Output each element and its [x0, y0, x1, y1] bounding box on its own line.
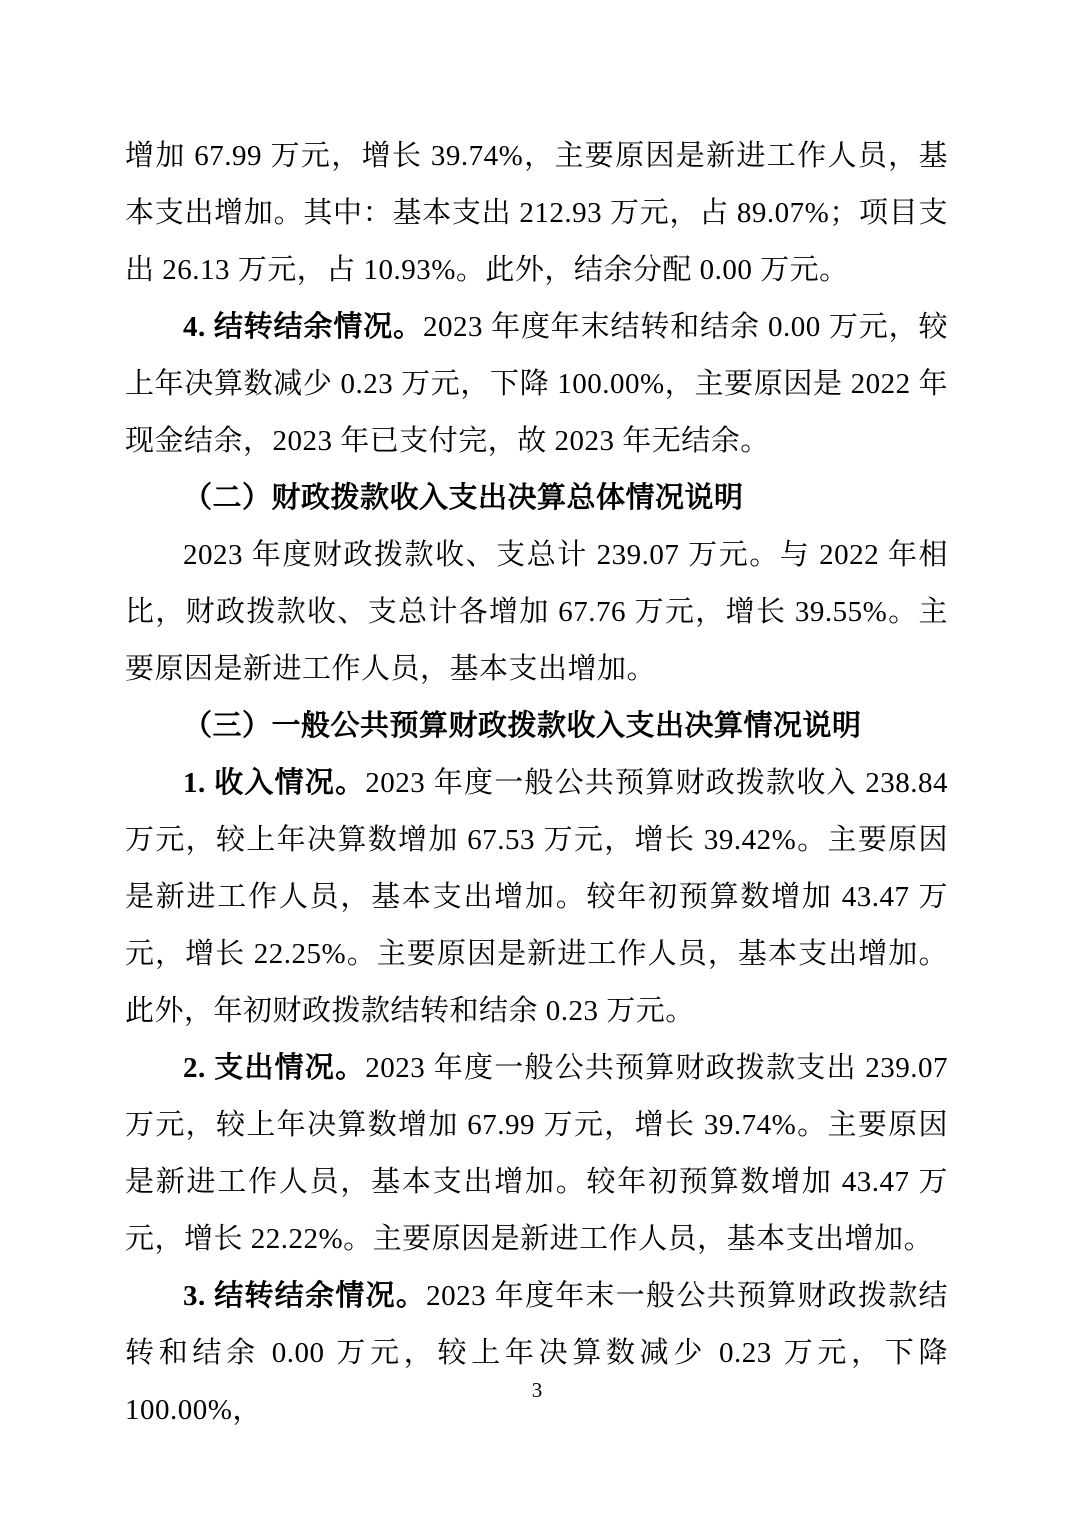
item-label: 4. 结转结余情况。 — [183, 311, 423, 343]
page-number: 3 — [532, 1378, 543, 1402]
paragraph-body: 2023 年度财政拨款收、支总计 239.07 万元。与 2022 年相比，财政… — [125, 527, 948, 698]
section-heading-2: （二）财政拨款收入支出决算总体情况说明 — [125, 470, 948, 527]
paragraph-item-2: 2. 支出情况。2023 年度一般公共预算财政拨款支出 239.07 万元，较上… — [125, 1040, 948, 1268]
paragraph-item-3: 3. 结转结余情况。2023 年度年末一般公共预算财政拨款结转和结余 0.00 … — [125, 1268, 948, 1439]
item-label: 1. 收入情况。 — [183, 767, 365, 799]
paragraph-text: 2023 年度财政拨款收、支总计 239.07 万元。与 2022 年相比，财政… — [125, 539, 948, 685]
paragraph-continuation: 增加 67.99 万元，增长 39.74%，主要原因是新进工作人员，基本支出增加… — [125, 128, 948, 299]
section-heading-text: （二）财政拨款收入支出决算总体情况说明 — [183, 482, 744, 514]
paragraph-text: 增加 67.99 万元，增长 39.74%，主要原因是新进工作人员，基本支出增加… — [125, 140, 948, 286]
item-label: 2. 支出情况。 — [183, 1052, 365, 1084]
document-page: 增加 67.99 万元，增长 39.74%，主要原因是新进工作人员，基本支出增加… — [0, 0, 1074, 1520]
paragraph-text: 2023 年度一般公共预算财政拨款收入 238.84 万元，较上年决算数增加 6… — [125, 767, 948, 1027]
document-body: 增加 67.99 万元，增长 39.74%，主要原因是新进工作人员，基本支出增加… — [125, 128, 948, 1439]
paragraph-item-1: 1. 收入情况。2023 年度一般公共预算财政拨款收入 238.84 万元，较上… — [125, 755, 948, 1040]
item-label: 3. 结转结余情况。 — [183, 1280, 426, 1312]
paragraph-item-4: 4. 结转结余情况。2023 年度年末结转和结余 0.00 万元，较上年决算数减… — [125, 299, 948, 470]
page-footer: 3 — [0, 1378, 1074, 1403]
section-heading-text: （三）一般公共预算财政拨款收入支出决算情况说明 — [183, 710, 862, 742]
section-heading-3: （三）一般公共预算财政拨款收入支出决算情况说明 — [125, 698, 948, 755]
